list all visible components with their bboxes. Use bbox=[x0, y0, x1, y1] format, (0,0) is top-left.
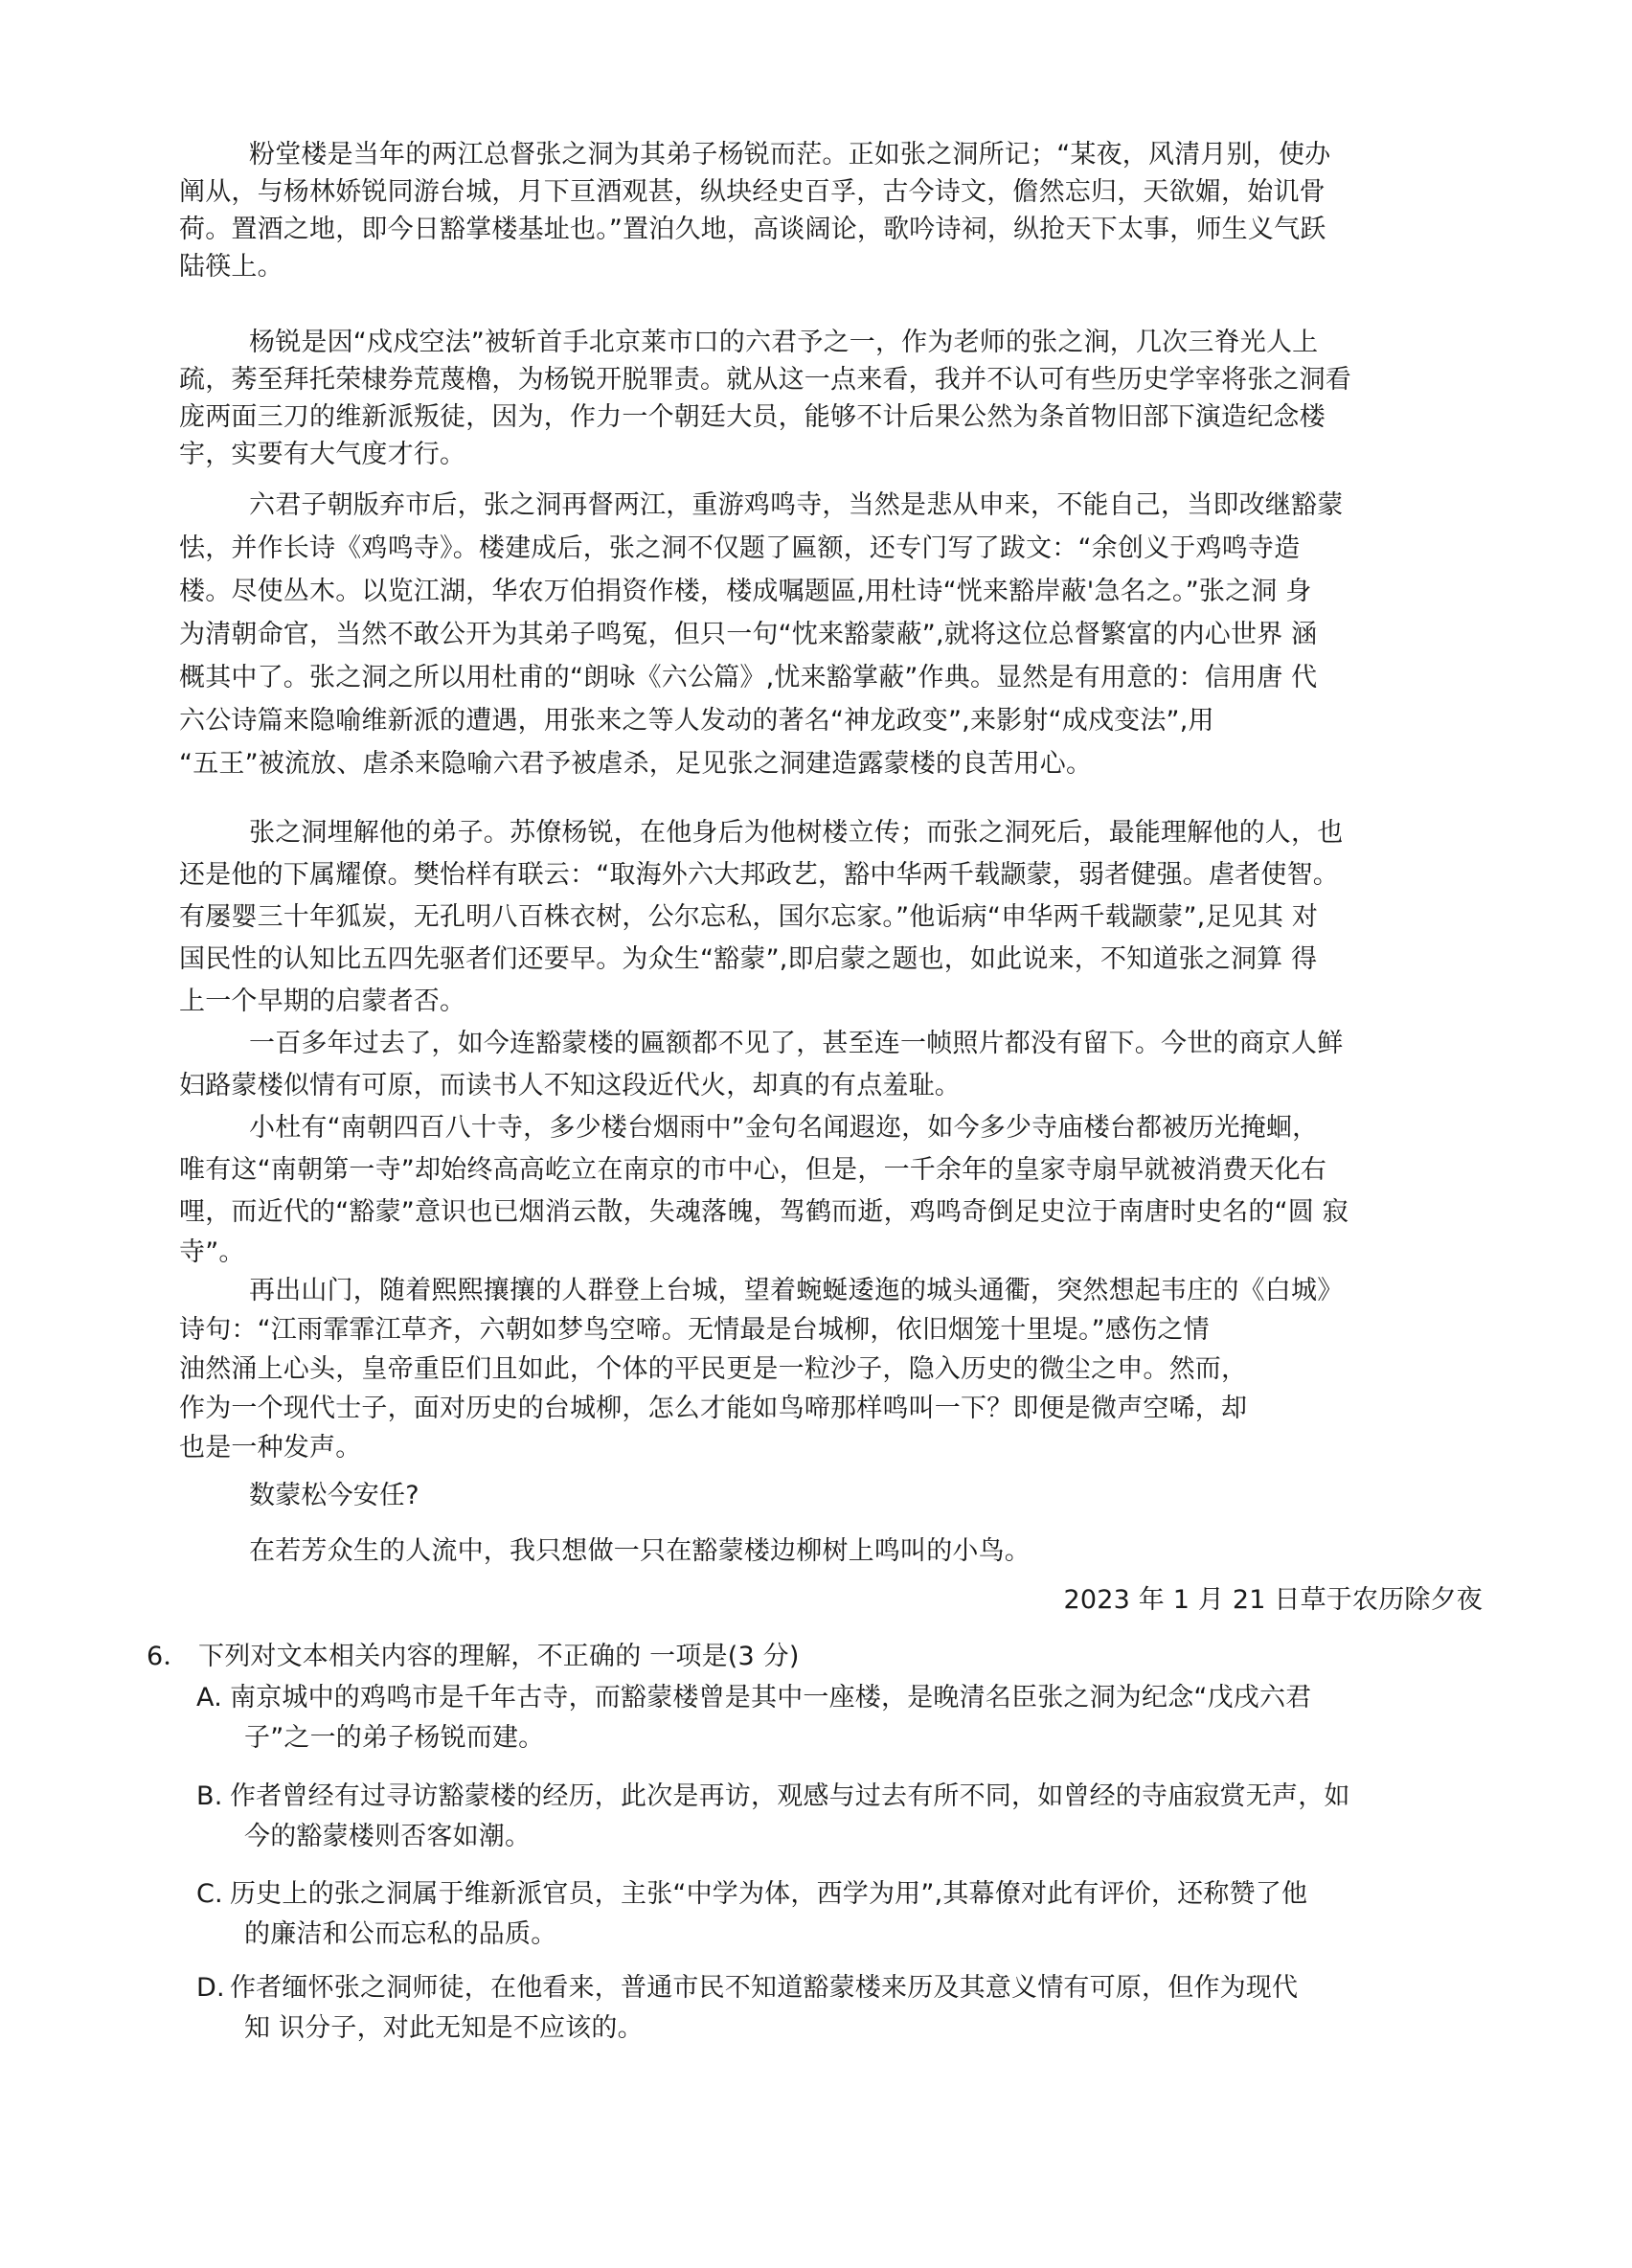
text-line: 妇路蒙楼似情有可原，而读书人不知这段近代火，却真的有点羞耻。 bbox=[179, 1069, 961, 1103]
text-line: 陆筷上。 bbox=[179, 250, 283, 284]
text-line: 杨锐是因“戍戍空法”被斩首手北京莱市口的六君予之一，作为老师的张之涧，几次三脊光… bbox=[249, 326, 1318, 360]
text-line: 寺”。 bbox=[179, 1236, 245, 1270]
option-b-label: B. bbox=[196, 1780, 223, 1814]
text-line: 宇，实要有大气度才行。 bbox=[179, 438, 465, 472]
text-line: 粉堂楼是当年的两江总督张之洞为其弟子杨锐而茫。正如张之洞所记；“某夜，风清月别，… bbox=[249, 138, 1330, 172]
question-number: 6． bbox=[147, 1640, 190, 1674]
option-d-label: D. bbox=[196, 1971, 225, 2006]
text-line: 哩，而近代的“豁蒙”意识也已烟消云散，失魂落魄，驾鹤而逝，鸡鸣奇倒足史泣于南唐时… bbox=[179, 1195, 1349, 1230]
text-line: 荷。置酒之地，即今日豁掌楼基址也。”置泊久地，高谈阔论，歌吟诗祠，纵抢天下太事，… bbox=[179, 213, 1326, 247]
text-line: 一百多年过去了，如今连豁蒙楼的匾额都不见了，甚至连一帧照片都没有留下。今世的商京… bbox=[249, 1027, 1343, 1061]
text-line: 上一个早期的启蒙者否。 bbox=[179, 985, 465, 1019]
text-line: 张之洞埋解他的弟子。苏僚杨锐，在他身后为他树楼立传；而张之洞死后，最能理解他的人… bbox=[249, 816, 1343, 850]
option-b-text: 今的豁蒙楼则否客如潮。 bbox=[244, 1820, 531, 1854]
text-line: 怯，并作长诗《鸡鸣寺》。楼建成后，张之洞不仅题了匾额，还专门写了跋文：“余创义于… bbox=[179, 532, 1300, 566]
option-d-text: 作者缅怀张之洞师徒，在他看来，普通市民不知道豁蒙楼来历及其意义情有可原，但作为现… bbox=[230, 1971, 1298, 2006]
text-line: 油然涌上心头，皇帝重臣们且如此，个体的平民更是一粒沙子，隐入历史的微尘之申。然而… bbox=[179, 1352, 1247, 1387]
text-line: 小杜有“南朝四百八十寺，多少楼台烟雨中”金句名闻遐迩，如今多少寺庙楼台都被历光掩… bbox=[249, 1111, 1318, 1145]
option-a-text: 南京城中的鸡鸣市是千年古寺，而豁蒙楼曾是其中一座楼，是晚清名臣张之洞为纪念“戊戌… bbox=[230, 1681, 1311, 1715]
exam-page: 粉堂楼是当年的两江总督张之洞为其弟子杨锐而茫。正如张之洞所记；“某夜，风清月别，… bbox=[0, 0, 1632, 2268]
closing-line: 在若芳众生的人流中，我只想做一只在豁蒙楼边柳树上鸣叫的小鸟。 bbox=[249, 1534, 1031, 1569]
option-d-text: 知 识分子，对此无知是不应该的。 bbox=[244, 2011, 644, 2046]
option-a-text: 子”之一的弟子杨锐而建。 bbox=[244, 1721, 544, 1756]
option-c-label: C. bbox=[196, 1877, 223, 1912]
option-c-text: 历史上的张之洞属于维新派官员，主张“中学为体，西学为用”,其幕僚对此有评价，还称… bbox=[230, 1877, 1307, 1912]
text-line: 有屡婴三十年狐炭，无孔明八百株衣树，公尔忘私，国尔忘家。”他诟病“申华两千载颛蒙… bbox=[179, 900, 1318, 935]
text-line: 疏，莠至拜托荣棣券荒蔑櫓，为杨锐开脱罪责。就从这一点来看，我并不认可有些历史学宰… bbox=[179, 363, 1351, 397]
option-a-label: A. bbox=[196, 1681, 222, 1715]
text-line: 国民性的认知比五四先驱者们还要早。为众生“豁蒙”,即启蒙之题也，如此说来，不知道… bbox=[179, 942, 1317, 977]
text-line: “五王”被流放、虐杀来隐喻六君予被虐杀，足见张之洞建造露蒙楼的良苦用心。 bbox=[179, 747, 1092, 782]
text-line: 也是一种发声。 bbox=[179, 1431, 361, 1465]
text-line: 阐从，与杨林娇锐同游台城，月下亘酒观甚，纵块经史百孚，古今诗文，儋然忘归，天欲媚… bbox=[179, 175, 1326, 210]
text-line: 六公诗篇来隐喻维新派的遭遇，用张来之等人发动的著名“神龙政变”,来影射“成戍变法… bbox=[179, 704, 1214, 738]
text-line: 还是他的下属耀僚。樊怡样有联云：“取海外六大邦政艺，豁中华两千载颛蒙，弱者健强。… bbox=[179, 858, 1339, 893]
text-line: 作为一个现代士子，面对历史的台城柳，怎么才能如鸟啼那样鸣叫一下？即便是微声空唏，… bbox=[179, 1392, 1247, 1426]
rhetorical-question: 数蒙松今安任? bbox=[249, 1479, 419, 1513]
option-b-text: 作者曾经有过寻访豁蒙楼的经历，此次是再访，观感与过去有所不同，如曾经的寺庙寂赏无… bbox=[230, 1780, 1350, 1814]
text-line: 再出山门，随着熙熙攘攘的人群登上台城，望着蜿蜒逶迤的城头通衢，突然想起韦庄的《白… bbox=[249, 1274, 1343, 1308]
date-signature: 2023 年 1 月 21 日草于农历除夕夜 bbox=[1063, 1583, 1483, 1618]
text-line: 概其中了。张之洞之所以用杜甫的“朗咏《六公篇》,忧来豁掌蔽”作典。显然是有用意的… bbox=[179, 661, 1317, 695]
option-c-text: 的廉洁和公而忘私的品质。 bbox=[244, 1917, 556, 1952]
text-line: 为清朝命官，当然不敢公开为其弟子鸣冤，但只一句“忱来豁蒙蔽”,就将这位总督繁富的… bbox=[179, 618, 1317, 652]
text-line: 诗句：“江雨霏霏江草齐，六朝如梦鸟空啼。无情最是台城柳，依旧烟笼十里堤。”感伤之… bbox=[179, 1313, 1210, 1348]
text-line: 唯有这“南朝第一寺”却始终高高屹立在南京的市中心，但是，一千余年的皇家寺扇早就被… bbox=[179, 1153, 1326, 1188]
text-line: 庞两面三刀的维新派叛徒，因为，作力一个朝廷大员，能够不计后果公然为条首物旧部下演… bbox=[179, 400, 1326, 435]
text-line: 楼。尽使丛木。以览江湖，华农万伯捐资作楼，楼成嘱题區,用杜诗“恍来豁岸蔽'急名之… bbox=[179, 575, 1311, 609]
text-line: 六君子朝版弃市后，张之洞再督两江，重游鸡鸣寺，当然是悲从申来，不能自己，当即改继… bbox=[249, 488, 1343, 523]
question-stem: 下列对文本相关内容的理解，不正确的 一项是(3 分) bbox=[198, 1640, 800, 1674]
